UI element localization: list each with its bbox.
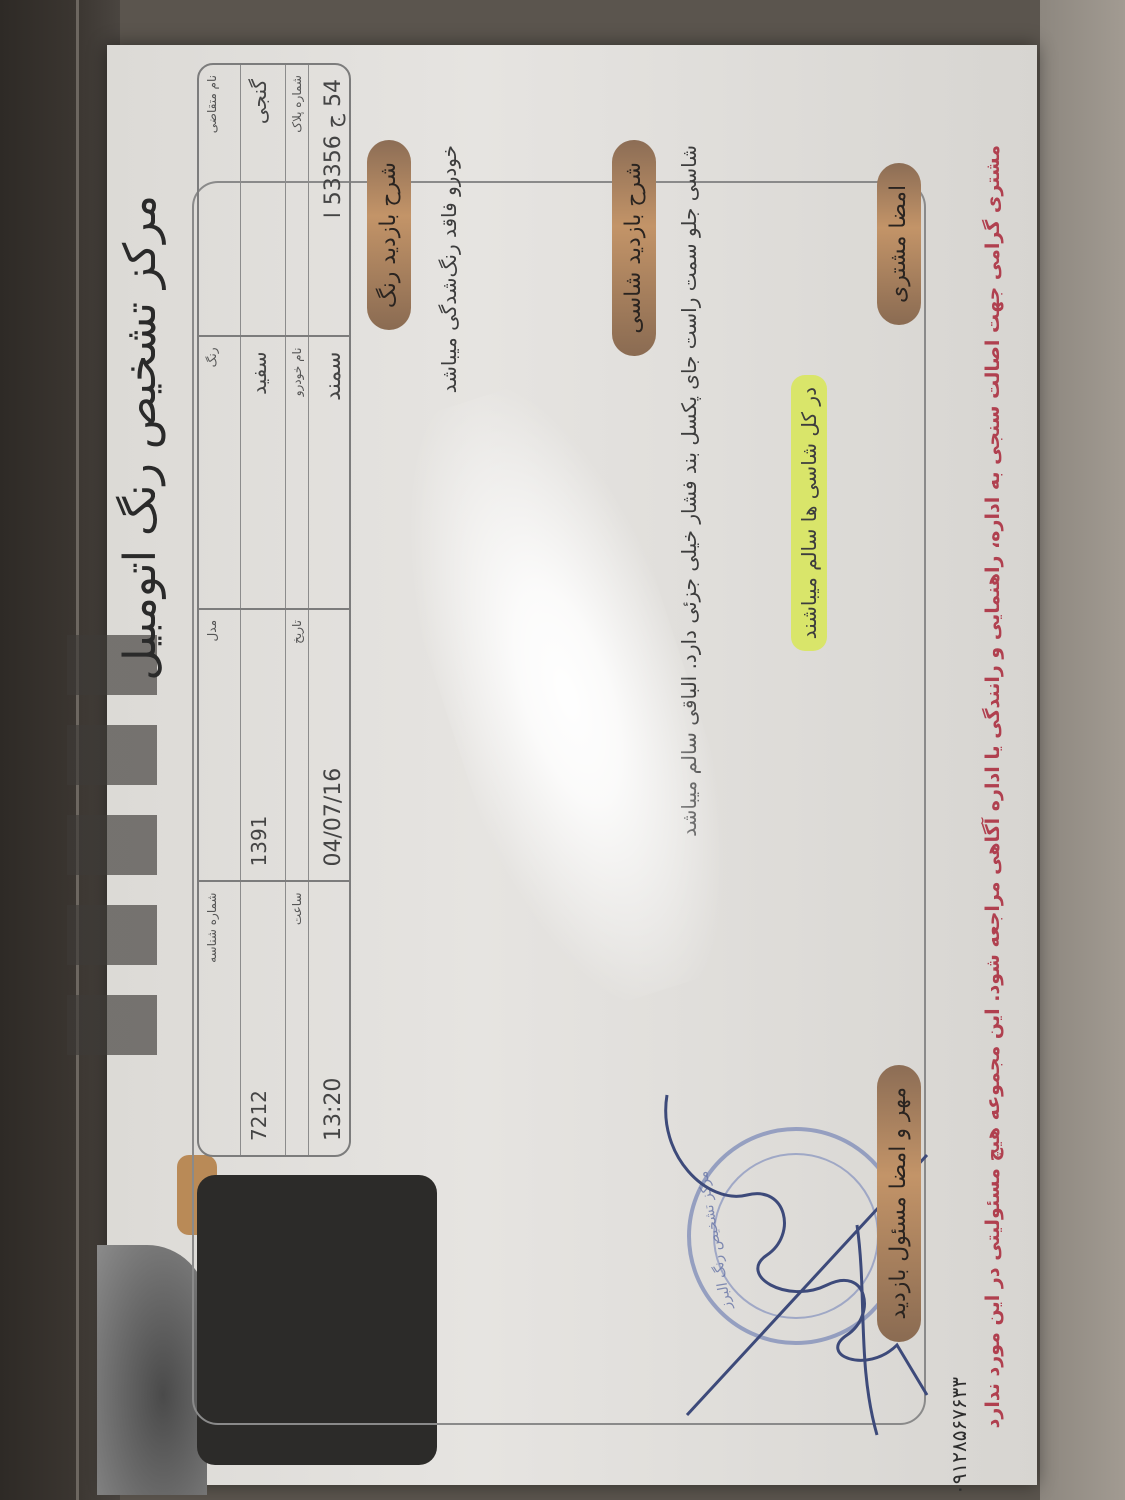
car-photo xyxy=(97,1245,207,1495)
color-value: سفید xyxy=(241,338,286,609)
time-value: 13:20 xyxy=(309,883,351,1156)
vehicle-name-value: سمند xyxy=(309,338,351,609)
vehicle-name-label: نام خودرو xyxy=(286,338,309,609)
inspection-certificate: مرکز تشخیص رنگ اتومبیل نام متقاضی گنجی ش… xyxy=(107,45,1037,1485)
vehicle-info-table: نام متقاضی گنجی شماره پلاک 54 ج 53356 ا … xyxy=(197,63,351,1157)
serial-label: شماره شناسه xyxy=(199,883,241,1156)
time-label: ساعت xyxy=(286,883,309,1156)
chassis-finding: شاسی جلو سمت راست جای پکسل بند فشار خیلی… xyxy=(677,145,701,837)
serial-value: 7212 xyxy=(241,883,286,1156)
footer-disclaimer: مشتری گرامی جهت اصالت سنجی به اداره، راه… xyxy=(982,145,1004,1428)
chassis-summary-highlight: در کل شاسی ها سالم میباشند xyxy=(791,375,827,651)
edge-phone-number: ۰۹۱۲۸۵۶۷۶۳۳ xyxy=(947,1377,971,1495)
chassis-summary: در کل شاسی ها سالم میباشند xyxy=(797,375,821,651)
paint-finding: خودرو فاقد رنگ‌شدگی میباشد xyxy=(437,145,461,393)
date-label: تاریخ xyxy=(286,610,309,881)
color-label: رنگ xyxy=(199,338,241,609)
owner-label: نام متقاضی xyxy=(199,65,241,336)
year-value: 1391 xyxy=(241,610,286,881)
floor-background xyxy=(1040,0,1125,1500)
cell-owner-color: نام متقاضی گنجی شماره پلاک 54 ج 53356 ا xyxy=(199,65,349,338)
owner-value: گنجی xyxy=(241,65,286,336)
customer-signature-label: امضا مشتری xyxy=(877,163,921,325)
date-value: 04/07/16 xyxy=(309,610,351,881)
chassis-inspection-heading: شرح بازدید شاسی xyxy=(612,140,656,356)
cell-year-date: مدل 1391 تاریخ 04/07/16 xyxy=(199,610,349,883)
cell-serial-time: شماره شناسه 7212 ساعت 13:20 xyxy=(199,883,349,1156)
plate-label: شماره پلاک xyxy=(286,65,309,336)
cell-color-vehicle: رنگ سفید نام خودرو سمند xyxy=(199,338,349,611)
year-label: مدل xyxy=(199,610,241,881)
plate-value: 54 ج 53356 ا xyxy=(309,65,351,336)
paint-inspection-heading: شرح بازدید رنگ xyxy=(367,140,411,330)
logo-banner xyxy=(67,635,157,1055)
document-title: مرکز تشخیص رنگ اتومبیل xyxy=(115,195,166,681)
inspector-signature-label: مهر و امضا مسئول بازدید xyxy=(877,1065,921,1342)
